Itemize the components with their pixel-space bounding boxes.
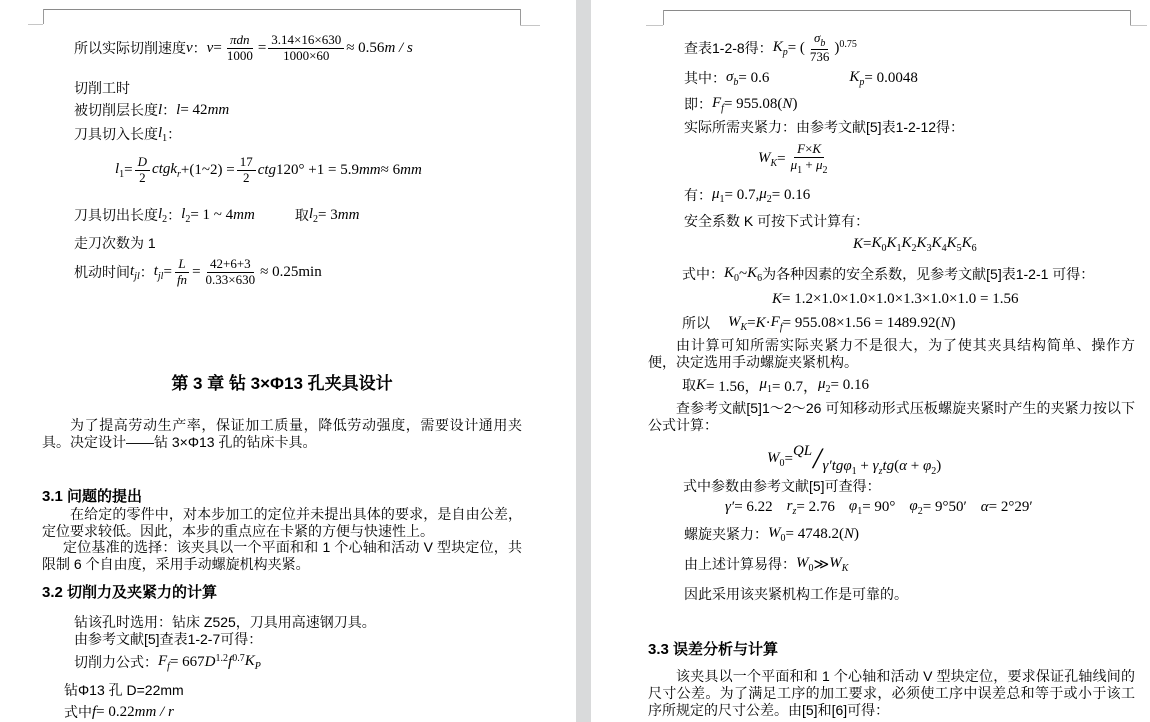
math-run: tjl (154, 263, 164, 282)
math-run: ) (854, 526, 859, 543)
text-run: 安全系数 K 可按下式计算有： (684, 211, 869, 231)
hole-diameter: 钻Φ13 孔 D=22mm (64, 680, 184, 700)
cut-layer-length: 被切削层长度l： l = 42mm (74, 100, 229, 120)
math-run: Ff (158, 653, 170, 672)
math-run: 2 (243, 170, 250, 185)
math-run: = 0.16 (831, 377, 869, 394)
math-run: mm (338, 207, 360, 224)
cutting-force-formula: 切削力公式： Ff = 667D1.2f0.7KP (74, 652, 261, 672)
reliability-conclusion: 因此采用该夹紧机构工作是可靠的。 (684, 584, 908, 604)
section-3-1-heading: 3.1 问题的提出 (42, 485, 142, 506)
math-run: φ1 (843, 458, 856, 474)
math-run: γz (873, 458, 883, 474)
math-run: K0 (871, 235, 886, 254)
text-run: 为各种因素的安全系数，见参考文献[5]表1-2-1 可得： (762, 264, 1094, 284)
text-run: 机动时间 (74, 262, 130, 282)
cutting-speed-formula: 所以实际切削速度v： v = πdn1000 = 3.14×16×6301000… (74, 30, 413, 66)
text-run: 取 (682, 375, 696, 395)
math-run: ) (951, 315, 956, 332)
chapter-intro-paragraph: 为了提高劳动生产率，保证加工质量，降低劳动强度，需要设计通用夹具。决定设计——钻… (42, 417, 522, 451)
math-run: ) (792, 96, 797, 113)
feed-value: 式中 f = 0.22mm / r (64, 702, 174, 722)
section-3-2-heading: 3.2 切削力及夹紧力的计算 (42, 581, 217, 602)
math-run: f0.7 (228, 653, 245, 671)
spacer (835, 507, 849, 508)
text-run: 因此采用该夹紧机构工作是可靠的。 (684, 584, 908, 604)
text-run: 走刀次数为 1 (74, 233, 156, 253)
math-run: l2 (181, 206, 190, 225)
math-run: rz (787, 498, 797, 517)
math-run: mm / r (135, 704, 174, 721)
math-run: N (844, 526, 854, 543)
math-run: φ1 (849, 498, 862, 517)
w0-parameters-intro: 式中参数由参考文献[5]可查得： (683, 476, 881, 496)
math-run: ctg (258, 162, 276, 179)
math-run: K6 (962, 235, 977, 254)
mu-values: 有： μ1 = 0.7,μ2 = 0.16 (684, 185, 810, 205)
page1-margin-corner-right-tick (520, 25, 540, 26)
math-run: α (899, 458, 907, 474)
cut-in-length-formula: l1 = D2ctgkr +(1~2) = 172ctg120° +1 = 5.… (115, 152, 422, 188)
math-run: tjl (130, 263, 140, 282)
math-run: = 90° (862, 499, 895, 516)
fraction: σb736 (807, 31, 833, 65)
math-run: = (777, 151, 785, 168)
math-run: ~ (739, 266, 747, 283)
math-run: K2 (902, 235, 917, 254)
comparison-result: 由上述计算易得： W0 ≫ WK (684, 554, 848, 574)
page1-margin-corner-left-tick (28, 24, 43, 25)
kp-values: 其中： σb = 0.6Kp = 0.0048 (684, 68, 918, 88)
safety-factor-note: 式中： K0 ~ K6为各种因素的安全系数，见参考文献[5]表1-2-1 可得： (682, 264, 1094, 284)
math-run: = (258, 40, 266, 57)
math-run: )0.75 (834, 39, 857, 57)
math-run: K6 (747, 265, 762, 284)
math-run: = 1 ~ 4 (190, 207, 233, 224)
math-run: = (785, 451, 793, 468)
math-run: = 955.08( (724, 96, 782, 113)
section-3-3-heading: 3.3 误差分析与计算 (648, 638, 778, 659)
screw-clamp-reference-paragraph: 查参考文献[5]1～2～26 可知移动形式压板螺旋夹紧时产生的夹紧力按以下公式计… (648, 400, 1135, 434)
math-run: N (782, 96, 792, 113)
math-run: = 0.7， (772, 375, 818, 396)
fraction: D2 (135, 155, 150, 186)
text-run: 被切削层长度 (74, 100, 158, 120)
document-page-1[interactable]: 所以实际切削速度v： v = πdn1000 = 3.14×16×6301000… (0, 0, 576, 722)
wk-formula: WK = F×Kμ1 + μ2 (758, 140, 833, 178)
math-run: K (696, 377, 706, 394)
math-run: l2 (309, 206, 318, 225)
math-run: μ2 (816, 157, 828, 172)
text-run: 刀具切入长度 (74, 124, 158, 144)
text-run: 所以实际切削速度 (74, 38, 186, 58)
math-run: = (124, 162, 132, 179)
math-run: = 2°29′ (989, 499, 1033, 516)
math-run: WK (758, 150, 777, 169)
cut-out-length: 刀具切出长度l2： l2 = 1 ~ 4mm取l2 = 3mm (74, 205, 359, 225)
math-run: = 4748.2( (786, 526, 844, 543)
text-run: 切削工时 (74, 78, 130, 98)
text-run: 实际所需夹紧力：由参考文献[5]表1-2-12得： (684, 117, 964, 137)
math-run: = 42 (180, 102, 207, 119)
word-print-layout-canvas: { "app": {"view": "print-layout-two-page… (0, 0, 1150, 722)
math-run: + (802, 157, 816, 172)
document-page-2[interactable]: 查表1-2-8得： Kp = (σb736)0.75其中： σb = 0.6Kp… (591, 0, 1150, 722)
fraction: 3.14×16×6301000×60 (268, 33, 344, 64)
page-gap (576, 0, 591, 722)
text-run: ： (167, 205, 181, 225)
math-run: l1 (158, 125, 167, 144)
math-run: ≈ 6 (381, 162, 400, 179)
text-run: ： (167, 124, 181, 144)
text-run: 刀具切出长度 (74, 205, 158, 225)
page2-margin-corner-right-vertical (1130, 10, 1131, 25)
math-run: K (772, 291, 782, 308)
spacer (255, 215, 295, 216)
math-run: K (812, 141, 821, 156)
math-run: W0 (768, 525, 786, 544)
text-run: 其中： (684, 68, 726, 88)
math-run: K0 (724, 265, 739, 284)
math-run: K (756, 315, 766, 332)
math-run: K (853, 236, 863, 253)
math-run: = 1.56， (706, 375, 759, 396)
chosen-values: 取 K = 1.56，μ1 = 0.7，μ2 = 0.16 (682, 375, 869, 395)
text-run: 由参考文献[5]查表1-2-7可得： (74, 629, 262, 649)
text-run: ： (162, 100, 176, 120)
text-run: 所以 (682, 313, 710, 333)
math-run: μ1 (712, 186, 725, 205)
text-run: 式中 (64, 702, 92, 722)
section-3-3-paragraph: 该夹具以一个平面和和 1 个心轴和活动 V 型块定位，要求保证孔轴线间的尺寸公差… (648, 668, 1135, 719)
text-run: ： (193, 38, 207, 58)
math-run: = 6.22 (734, 499, 772, 516)
math-run: N (940, 315, 950, 332)
math-run: l1 (115, 161, 124, 180)
math-run: 0.33×630 (206, 272, 256, 287)
math-run: W0 (796, 555, 814, 574)
math-run: F (797, 141, 805, 156)
math-run: = 3 (318, 207, 338, 224)
math-run: = 955.08×1.56 = 1489.92( (783, 315, 941, 332)
math-run: = 1.2×1.0×1.0×1.0×1.3×1.0×1.0 = 1.56 (782, 291, 1018, 308)
math-run: m / s (384, 40, 412, 57)
math-run: = 0.7, (725, 187, 760, 204)
spacer (967, 507, 981, 508)
math-run: γ′ (725, 499, 734, 516)
text-run: 式中： (682, 264, 724, 284)
section-3-1-paragraph-1: 在给定的零件中，对本步加工的定位并未提出具体的要求，是自由公差，定位要求较低。因… (42, 506, 522, 540)
math-run: K3 (917, 235, 932, 254)
math-run: mm (208, 102, 230, 119)
math-run: QL (793, 443, 812, 459)
ff-result: 即： Ff = 955.08(N) (684, 94, 797, 114)
text-run: 有： (684, 185, 712, 205)
fraction: F×Kμ1 + μ2 (788, 142, 831, 176)
math-run: K4 (932, 235, 947, 254)
page1-margin-corner-left-vertical (43, 9, 44, 24)
text-run: ： (140, 262, 154, 282)
page1-margin-corner-right-vertical (520, 9, 521, 25)
math-run: WK (728, 314, 747, 333)
machine-time-formula: 机动时间tjl： tjl = Lfn = 42+6+30.33×630 ≈ 0.… (74, 254, 322, 290)
math-run: 1000×60 (283, 48, 329, 63)
math-run: μ2 (818, 376, 831, 395)
math-run: L (178, 256, 185, 271)
math-run: Kp (849, 69, 864, 88)
math-run: = 0.22 (96, 704, 134, 721)
math-run: = 2.76 (796, 499, 834, 516)
math-run: D1.2 (205, 653, 228, 671)
math-run: = 0.16 (772, 187, 810, 204)
fraction: Lfn (174, 257, 190, 288)
math-run: = 9°50′ (923, 499, 967, 516)
safety-factor-formula: K = K0K1K2K3K4K5K6 (853, 234, 977, 254)
pass-count: 走刀次数为 1 (74, 233, 156, 253)
kp-lookup-formula: 查表1-2-8得： Kp = (σb736)0.75 (684, 30, 857, 66)
fraction: 172 (237, 155, 256, 186)
math-run: + (907, 458, 923, 474)
page2-text-boundary-top (663, 10, 1130, 11)
math-run: +(1~2) = (181, 162, 235, 179)
math-run: Ff (712, 95, 724, 114)
math-run: = (213, 40, 221, 57)
spacer (895, 507, 909, 508)
text-run: 即： (684, 94, 712, 114)
math-run: = 667 (170, 654, 205, 671)
math-run: α (981, 499, 989, 516)
math-run: = (747, 315, 755, 332)
math-run: 42+6+3 (210, 256, 251, 271)
math-run: ctgkr (152, 161, 181, 180)
math-run: 120° +1 = 5.9 (276, 162, 359, 179)
w0-parameter-values: γ′ = 6.22rz = 2.76φ1 = 90°φ2 = 9°50′α = … (725, 497, 1033, 517)
math-run: + (857, 458, 873, 474)
clamp-force-intro: 实际所需夹紧力：由参考文献[5]表1-2-12得： (684, 117, 964, 137)
cut-in-length-label: 刀具切入长度l1： (74, 124, 181, 144)
math-run: 3.14×16×630 (271, 32, 341, 47)
math-run: 736 (810, 49, 830, 64)
math-run: 17 (240, 154, 253, 169)
math-run: D (138, 154, 147, 169)
spacer (769, 78, 849, 79)
page1-text-boundary-top (43, 9, 520, 10)
math-run: 1000 (227, 48, 253, 63)
math-run: K1 (887, 235, 902, 254)
page2-margin-corner-right-tick (1130, 25, 1147, 26)
spacer (773, 507, 787, 508)
section-3-1-paragraph-2: 定位基准的选择：该夹具以一个平面和和 1 个心轴和活动 V 型块定位，共限制 6… (42, 539, 522, 573)
cutting-time-label: 切削工时 (74, 78, 130, 98)
safety-factor-intro: 安全系数 K 可按下式计算有： (684, 211, 869, 231)
math-run: Kp (773, 39, 788, 58)
math-run: σb (726, 69, 738, 88)
math-run: mm (359, 162, 381, 179)
math-run: v (207, 40, 214, 57)
math-run: πdn (230, 32, 250, 47)
page2-margin-corner-left-tick (646, 25, 663, 26)
math-run: ≈ 0.25min (260, 264, 322, 281)
page2-margin-corner-left-vertical (663, 10, 664, 25)
math-run: γ′tg (823, 458, 844, 474)
math-run: tg (882, 458, 894, 474)
text-run: 钻Φ13 孔 D=22mm (64, 680, 184, 700)
text-run: 式中参数由参考文献[5]可查得： (683, 476, 881, 496)
math-run: ≈ 0.56 (346, 40, 384, 57)
k-product-result: K = 1.2×1.0×1.0×1.0×1.3×1.0×1.0 = 1.56 (772, 289, 1018, 309)
text-run: 取 (295, 205, 309, 225)
text-run: 切削力公式： (74, 652, 158, 672)
skew-fraction: QL/γ′tgφ1 + γztg(α + φ2) (793, 444, 941, 474)
math-run: = (163, 264, 171, 281)
spacer (710, 323, 728, 324)
fraction: πdn1000 (224, 33, 256, 64)
math-run: K5 (947, 235, 962, 254)
math-run: Ff (771, 314, 783, 333)
math-run: 2 (139, 170, 146, 185)
clamp-mechanism-paragraph: 由计算可知所需实际夹紧力不是很大，为了使其夹具结构简单、操作方便，决定选用手动螺… (648, 337, 1135, 371)
math-run: = (192, 264, 200, 281)
math-run: WK (829, 555, 848, 574)
chapter-heading: 第 3 章 钻 3×Φ13 孔夹具设计 (42, 369, 522, 394)
wk-result: 所以WK = K·Ff = 955.08×1.56 = 1489.92(N) (682, 313, 956, 333)
fraction: 42+6+30.33×630 (203, 257, 259, 288)
math-run: μ1 (759, 376, 772, 395)
math-run: σb (814, 30, 825, 45)
w0-formula: W0 = QL/γ′tgφ1 + γztg(α + φ2) (767, 438, 941, 480)
math-run: φ2 (909, 498, 922, 517)
math-run: φ2 (923, 458, 936, 474)
text-run: 螺旋夹紧力： (684, 524, 768, 544)
math-run: W0 (767, 450, 785, 469)
text-run: 查表1-2-8得： (684, 38, 773, 58)
text-run: 由上述计算易得： (684, 554, 796, 574)
math-run: v (186, 40, 193, 57)
math-run: mm (233, 207, 255, 224)
math-run: = 0.0048 (864, 70, 917, 87)
math-run: KP (245, 653, 261, 672)
math-run: μ2 (759, 186, 772, 205)
math-run: = 0.6 (738, 70, 769, 87)
math-run: ≫ (814, 555, 830, 574)
math-run: l2 (158, 206, 167, 225)
math-run: ) (936, 458, 941, 474)
math-run: mm (400, 162, 422, 179)
reference-table-1-2-7: 由参考文献[5]查表1-2-7可得： (74, 629, 262, 649)
w0-result: 螺旋夹紧力： W0 = 4748.2(N) (684, 524, 859, 544)
math-run: = ( (788, 40, 805, 57)
math-run: fn (177, 272, 187, 287)
math-run: μ1 (791, 157, 803, 172)
